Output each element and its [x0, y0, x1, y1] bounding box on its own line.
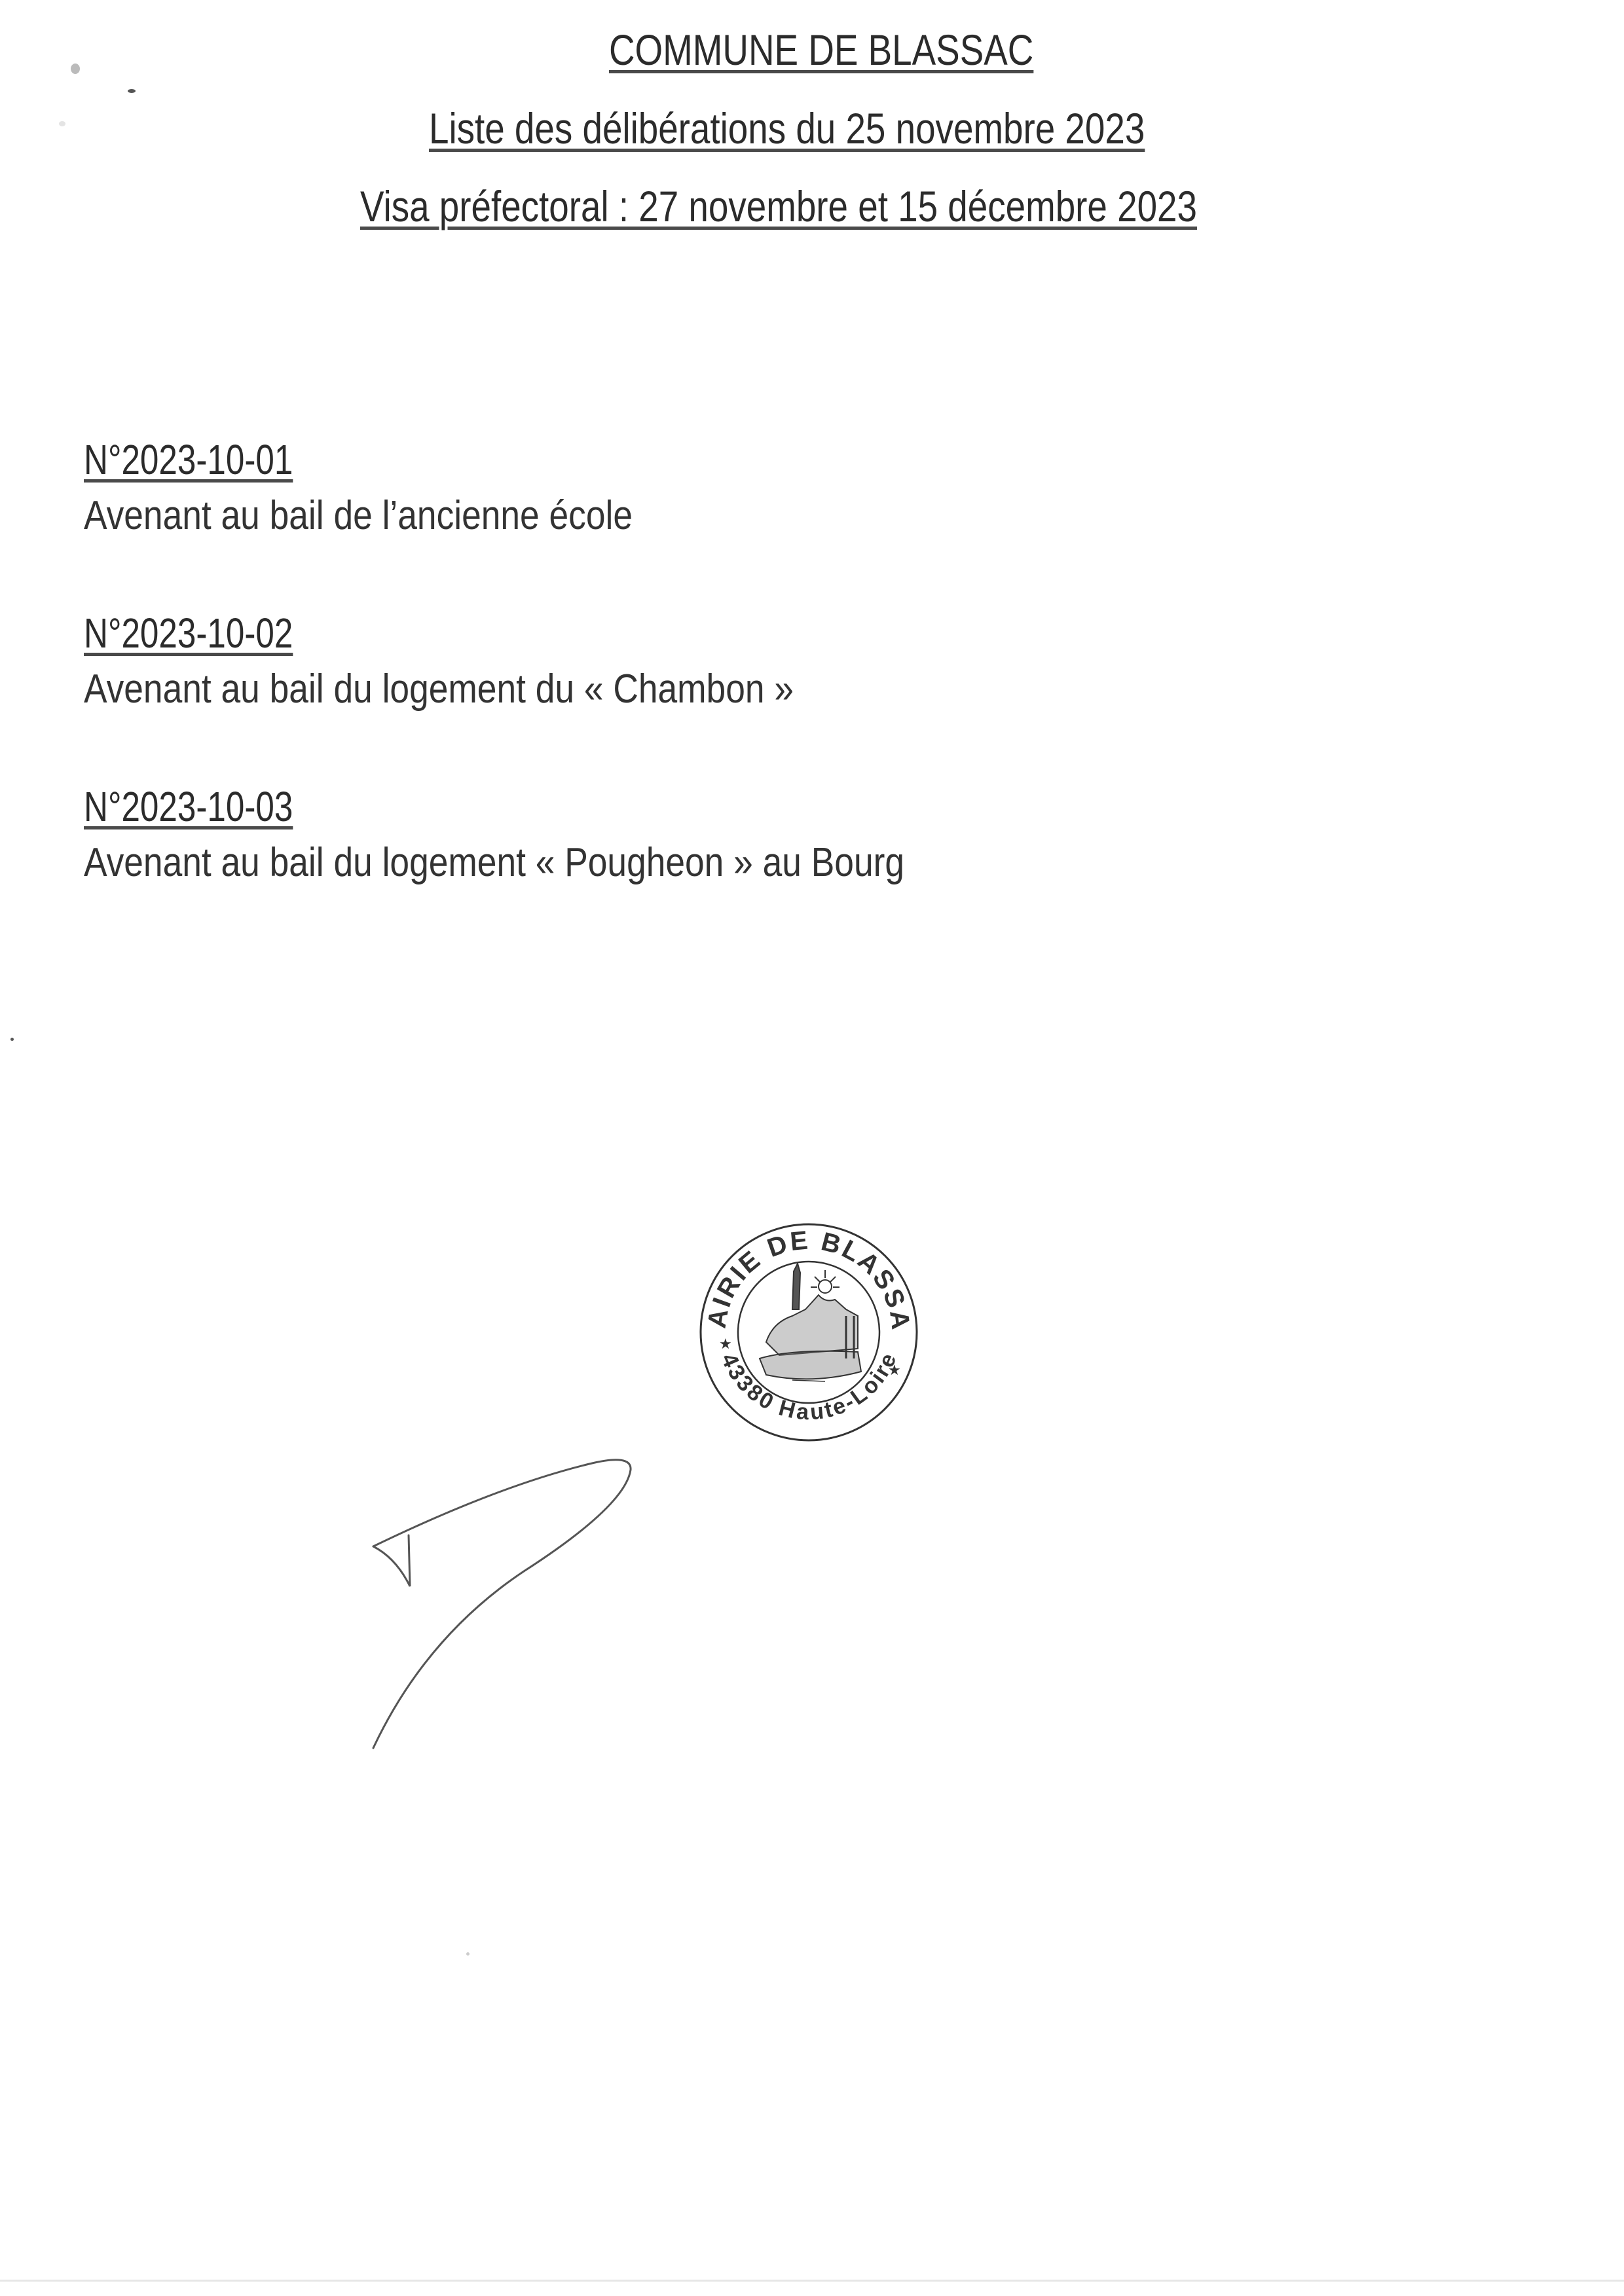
signature-stroke	[373, 1460, 631, 1748]
prefectoral-visa-heading: Visa préfectoral : 27 novembre et 15 déc…	[360, 181, 1197, 231]
document-title: COMMUNE DE BLASSAC	[609, 25, 1033, 75]
scan-edge-line	[0, 2280, 1624, 2282]
star-icon: ★	[719, 1336, 732, 1353]
scan-speck	[128, 89, 136, 93]
deliberation-number: N°2023-10-01	[84, 435, 293, 484]
scan-speck	[10, 1038, 14, 1041]
marianne-emblem-icon	[760, 1264, 861, 1381]
official-stamp: MAIRIE DE BLASSAC 43380 Haute-Loire ★ ★	[694, 1218, 923, 1447]
signature	[0, 0, 1624, 2296]
deliberations-list-heading: Liste des délibérations du 25 novembre 2…	[429, 103, 1145, 153]
scan-speck	[59, 121, 65, 126]
deliberation-description: Avenant au bail du logement « Pougheon »…	[84, 839, 904, 886]
signature-stroke	[373, 1535, 410, 1586]
scan-speck	[71, 64, 80, 74]
deliberation-number: N°2023-10-02	[84, 609, 293, 657]
scan-speck	[466, 1952, 470, 1956]
deliberation-description: Avenant au bail du logement du « Chambon…	[84, 666, 794, 712]
deliberation-description: Avenant au bail de l’ancienne école	[84, 492, 633, 539]
deliberation-number: N°2023-10-03	[84, 782, 293, 831]
star-icon: ★	[888, 1362, 901, 1379]
